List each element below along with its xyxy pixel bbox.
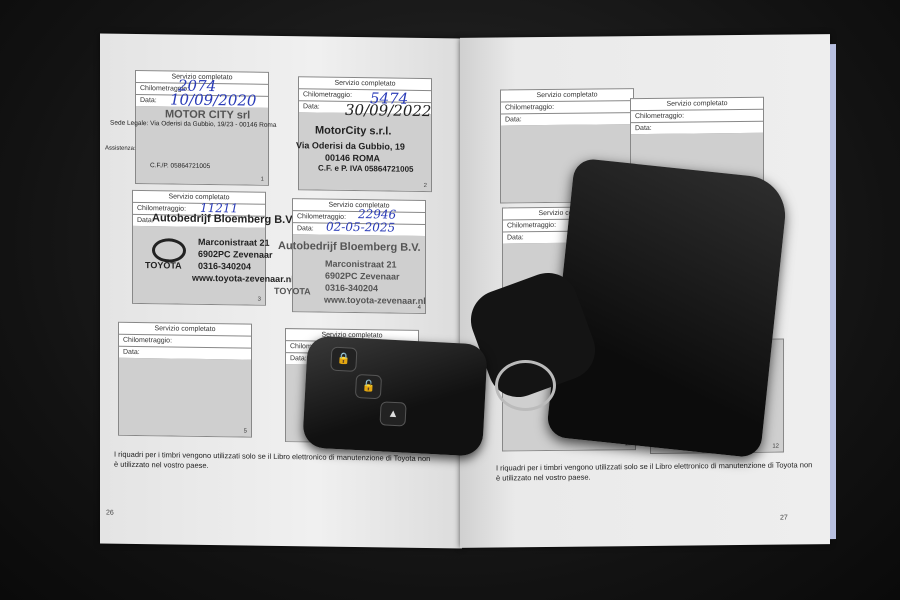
toyota-logo-icon xyxy=(152,238,186,262)
stamp-line: www.toyota-zevenaar.nl xyxy=(192,273,294,284)
handwritten-date: 10/09/2020 xyxy=(170,90,256,109)
page-number: 26 xyxy=(106,510,114,517)
stamp-line: Marconistraat 21 xyxy=(198,237,270,248)
stamp-line: C.F. e P. IVA 05864721005 xyxy=(318,164,413,174)
stamp-line: 0316-340204 xyxy=(198,261,251,272)
box-number: 5 xyxy=(244,428,247,434)
service-box-5: Servizio completato Chilometraggio: Data… xyxy=(118,322,252,438)
box-number: 1 xyxy=(261,177,264,183)
stamp-line: C.F./P. 05864721005 xyxy=(150,162,210,170)
stamp-usage-note: I riquadri per i timbri vengono utilizza… xyxy=(114,450,434,474)
lock-button-icon: 🔒 xyxy=(330,347,357,372)
box-number: 3 xyxy=(258,297,261,303)
stamp-area xyxy=(119,358,251,437)
photo-scene: Servizio completato Chilometraggio: Data… xyxy=(0,0,900,600)
trunk-button-icon: ▲ xyxy=(379,401,406,426)
page-number: 27 xyxy=(780,515,788,522)
stamp-line: MotorCity s.r.l. xyxy=(315,124,391,137)
leather-key-pouch xyxy=(546,158,789,459)
stamp-line: Autobedrijf Bloemberg B.V. xyxy=(278,240,421,254)
stamp-line: Autobedrijf Bloemberg B.V. xyxy=(152,212,295,226)
toyota-logo-text: TOYOTA xyxy=(274,286,311,297)
box-number: 12 xyxy=(772,444,779,450)
smart-key: 🔒 🔓 ▲ xyxy=(302,335,488,456)
stamp-line: www.toyota-zevenaar.nl xyxy=(324,295,426,306)
left-page: Servizio completato Chilometraggio: Data… xyxy=(100,33,462,548)
key-ring xyxy=(495,360,556,411)
handwritten-date: 02-05-2025 xyxy=(326,220,395,235)
stamp-line: Via Oderisi da Gubbio, 19 xyxy=(296,140,405,152)
stamp-line: 0316-340204 xyxy=(325,283,378,294)
stamp-line: 6902PC Zevenaar xyxy=(198,249,273,260)
assistenza-label: Assistenza: xyxy=(105,146,136,152)
stamp-line: 6902PC Zevenaar xyxy=(325,271,400,282)
unlock-button-icon: 🔓 xyxy=(355,374,382,399)
stamp-usage-note: I riquadri per i timbri vengono utilizza… xyxy=(496,460,816,483)
stamp-line: 00146 ROMA xyxy=(325,153,380,164)
handwritten-date: 30/09/2022 xyxy=(345,101,431,120)
box-number: 2 xyxy=(424,183,427,189)
stamp-line: Marconistraat 21 xyxy=(325,259,397,270)
